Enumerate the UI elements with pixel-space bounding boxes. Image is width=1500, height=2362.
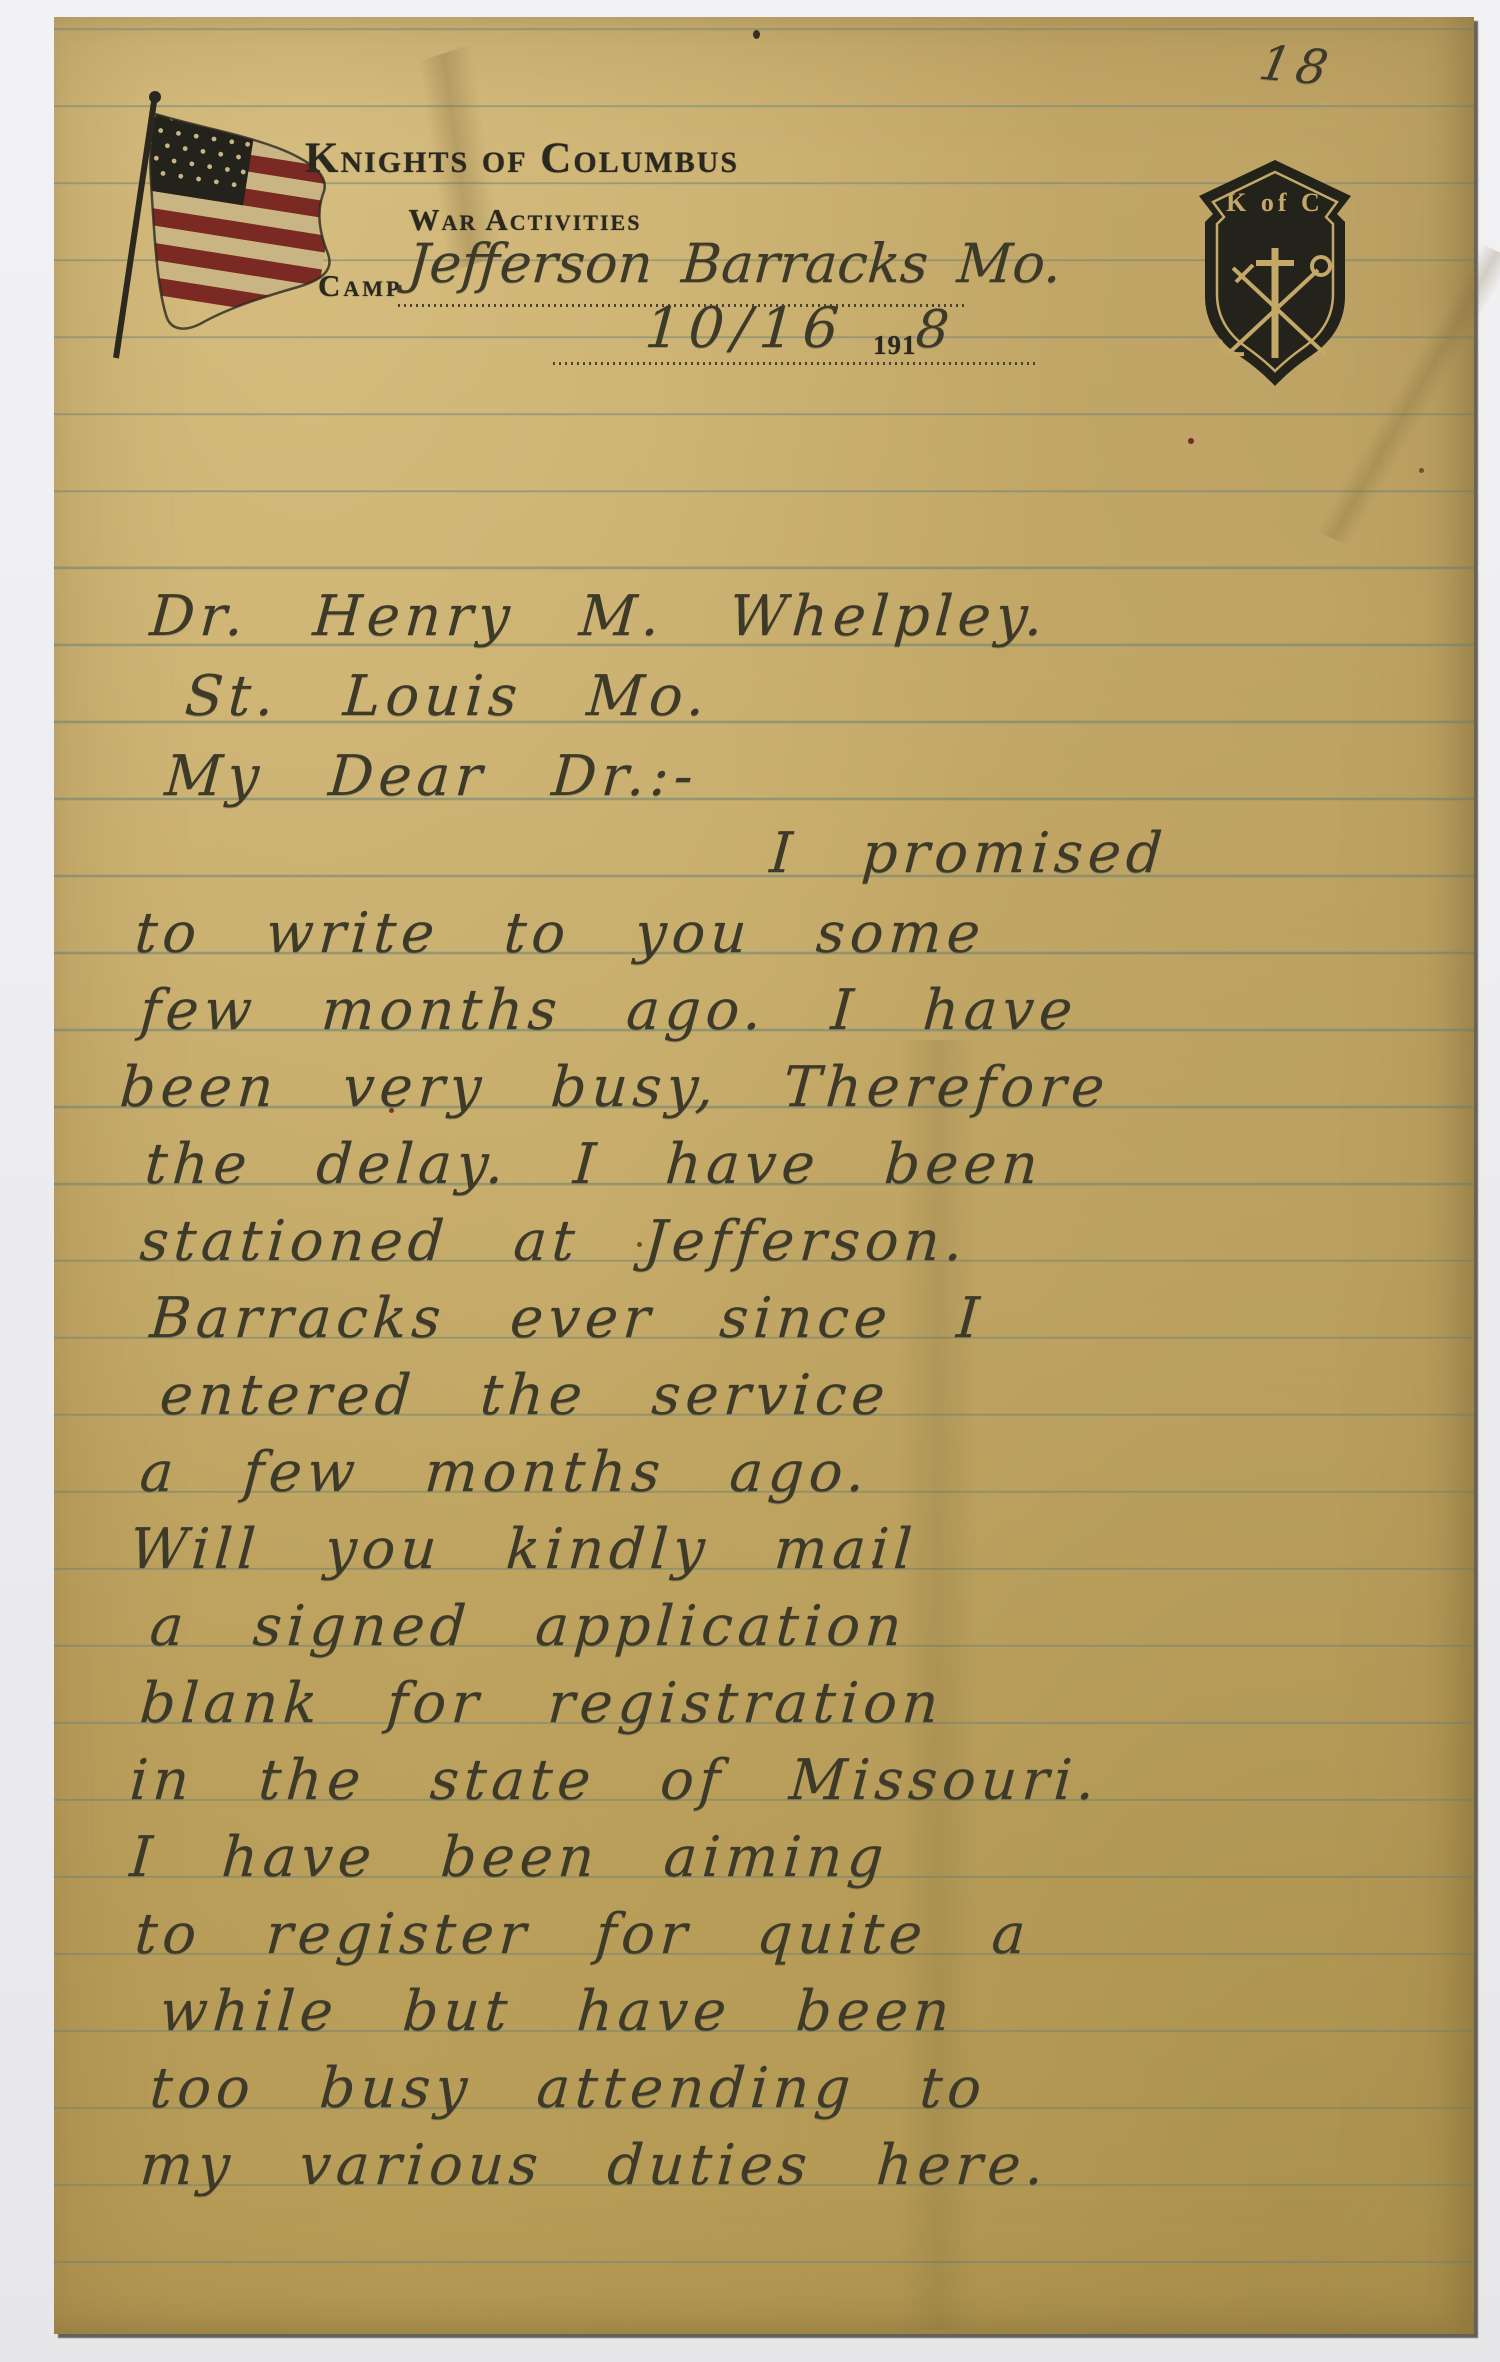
- salutation-line: My Dear Dr.:-: [163, 744, 700, 809]
- year-printed: 191: [873, 330, 917, 361]
- handwritten-line: I promised: [768, 821, 1170, 886]
- scanned-letter-page: 18: [0, 0, 1500, 2362]
- year-written-digit: 8: [914, 300, 951, 360]
- letterhead-title: Knights of Columbus: [305, 134, 735, 183]
- handwritten-line: while but have been: [158, 1979, 957, 2044]
- handwritten-line: few months ago. I have: [138, 978, 1080, 1043]
- page-number: 18: [1255, 35, 1339, 97]
- camp-value: Jefferson Barracks Mo.: [406, 232, 1064, 295]
- handwritten-line: a signed application: [148, 1594, 909, 1659]
- handwritten-line: stationed at Jefferson.: [138, 1209, 970, 1274]
- paper-speck: [753, 30, 760, 39]
- handwritten-line: too busy attending to: [148, 2056, 989, 2121]
- handwritten-line: been very busy, Therefore: [118, 1055, 1112, 1120]
- handwritten-line: a few months ago.: [138, 1440, 872, 1505]
- us-flag-icon: [58, 82, 368, 372]
- camp-label: Camp: [318, 268, 402, 304]
- handwritten-line: entered the service: [158, 1363, 892, 1428]
- kofc-shield-icon: K of C: [1185, 156, 1365, 394]
- date-dotted-line: [553, 362, 1035, 365]
- handwritten-line: my various duties here.: [138, 2133, 1051, 2198]
- handwritten-line: to write to you some: [133, 901, 988, 966]
- handwritten-line: I have been aiming: [128, 1825, 891, 1890]
- address-line: St. Louis Mo.: [183, 664, 712, 729]
- paper-speck: [1188, 438, 1194, 444]
- handwritten-line: Barracks ever since I: [148, 1286, 986, 1351]
- handwritten-line: Will you kindly mail: [128, 1517, 919, 1582]
- recipient-line: Dr. Henry M. Whelpley.: [148, 584, 1050, 649]
- handwritten-line: in the state of Missouri.: [128, 1748, 1102, 1813]
- handwritten-line: to register for quite a: [133, 1902, 1033, 1967]
- handwritten-line: the delay. I have been: [143, 1132, 1045, 1197]
- handwritten-line: blank for registration: [138, 1671, 946, 1736]
- paper-speck: [1419, 468, 1424, 473]
- shield-text: K of C: [1185, 188, 1365, 218]
- date-value: 10/16: [643, 296, 849, 361]
